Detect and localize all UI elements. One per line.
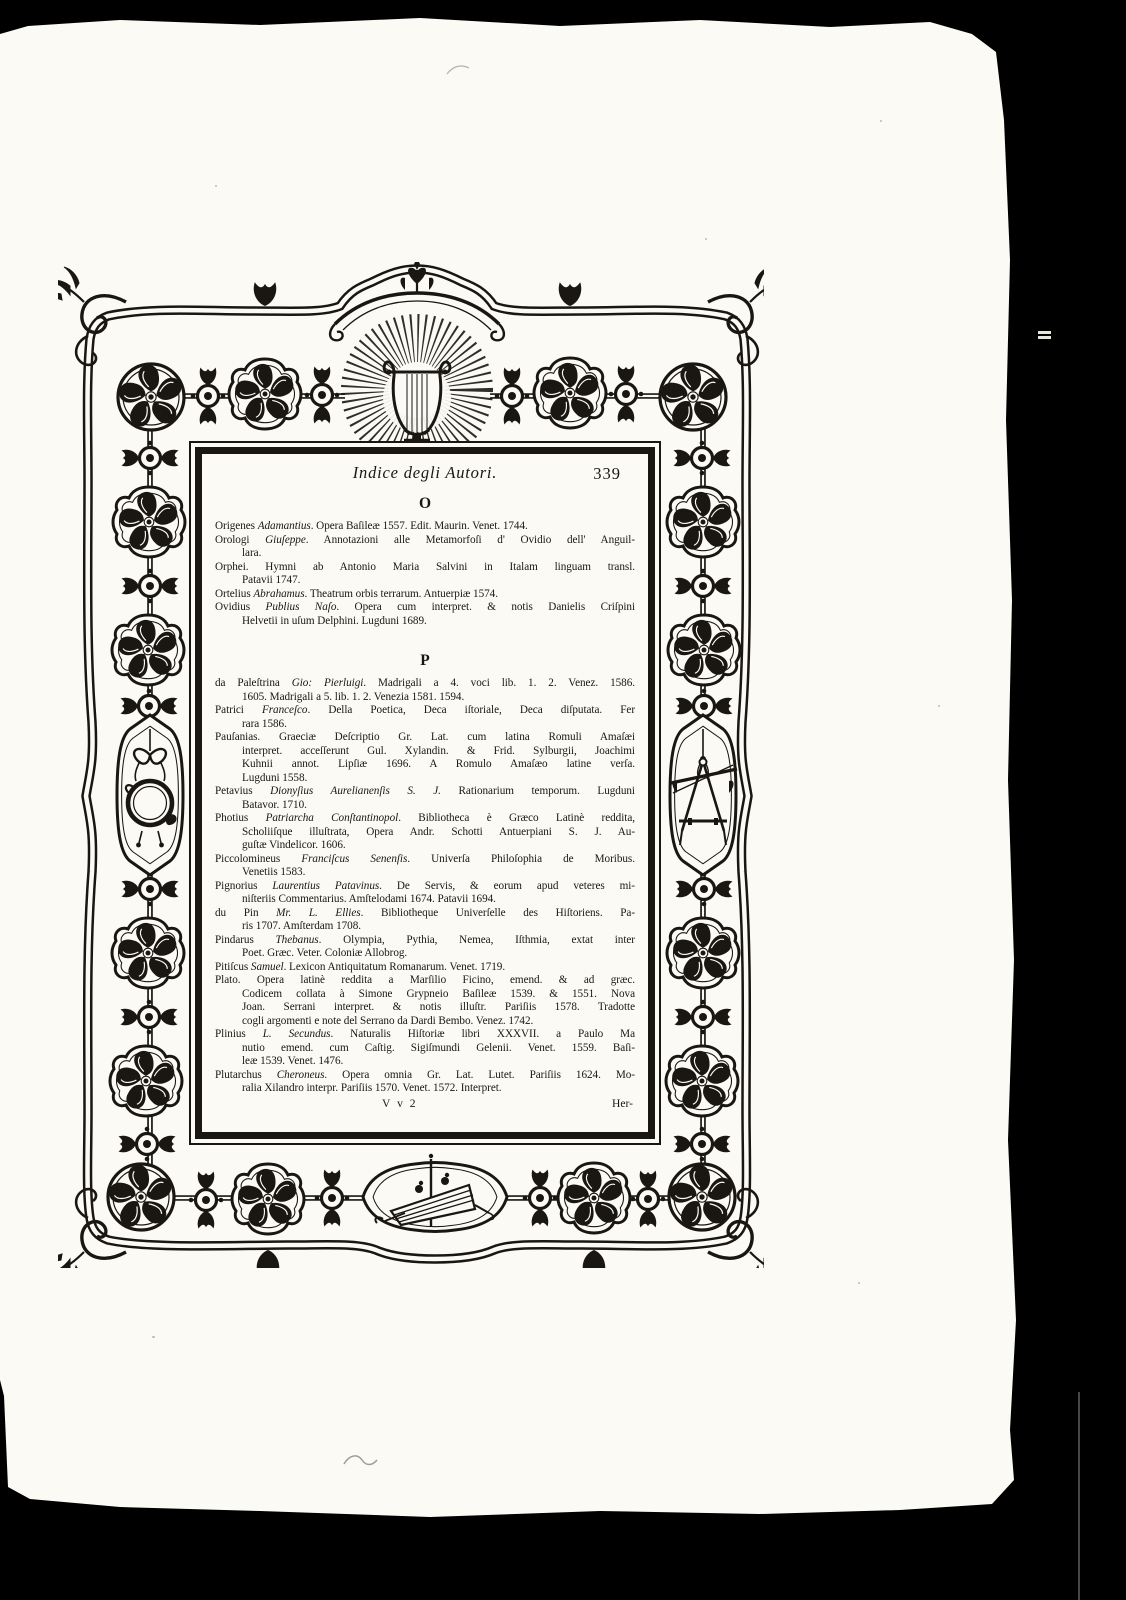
entry-line: Orologi Giuſeppe. Annotazioni alle Metam… (215, 534, 635, 548)
index-entry: du Pin Mr. L. Ellies. Bibliotheque Unive… (215, 907, 635, 934)
entry-line: Patavii 1747. (215, 574, 635, 588)
compass-trophy-icon (670, 715, 737, 875)
paper-speck (215, 185, 217, 187)
index-entry: Plato. Opera latinè reddita a Marſilio F… (215, 974, 635, 1028)
index-entry: Petavius Dionyſius Aurelianenſis S. J. R… (215, 785, 635, 812)
scan-edge-mark (1038, 331, 1051, 334)
entry-line: Photius Patriarcha Conſtantinopol. Bibli… (215, 812, 635, 826)
entry-line: Plutarchus Cheroneus. Opera omnia Gr. La… (215, 1069, 635, 1083)
entry-line: cogli argomenti e note del Serrano da Da… (215, 1015, 635, 1029)
entry-line: nutio emend. cum Caſtig. Sigiſmundi Gele… (215, 1042, 635, 1056)
entry-line: interpret. acceſſerunt Gul. Xylandin. & … (215, 745, 635, 759)
entry-line: Ovidius Publius Naſo. Opera cum interpre… (215, 601, 635, 615)
index-sections: OOrigenes Adamantius. Opera Baſileæ 1557… (215, 495, 635, 1096)
index-entry: Pitiſcus Samuel. Lexicon Antiquitatum Ro… (215, 961, 635, 975)
running-title: Indice degli Autori. (353, 463, 497, 483)
index-entry: Ovidius Publius Naſo. Opera cum interpre… (215, 601, 635, 628)
paper-speck (705, 238, 707, 240)
entry-line: niſteriis Commentarius. Amſtelodami 1674… (215, 893, 635, 907)
section-letter-P: P (215, 652, 635, 670)
entry-line: Kuhnii annot. Lipſiæ 1696. A Romulo Amaſ… (215, 758, 635, 772)
page-footer: V v 2 Her- (215, 1097, 635, 1113)
entry-line: Patrici Franceſco. Della Poetica, Deca i… (215, 704, 635, 718)
entry-line: Orphei. Hymni ab Antonio Maria Salvini i… (215, 561, 635, 575)
entry-line: Ortelius Abrahamus. Theatrum orbis terra… (215, 588, 635, 602)
hunting-horn-trophy-icon (117, 715, 183, 875)
signature-mark: V v 2 (382, 1097, 418, 1110)
index-entry: Patrici Franceſco. Della Poetica, Deca i… (215, 704, 635, 731)
entry-line: 1605. Madrigali a 5. lib. 1. 2. Venezia … (215, 691, 635, 705)
entry-line: Piccolomineus Franciſcus Senenſis. Unive… (215, 853, 635, 867)
entry-line: Pauſanias. Graeciæ Deſcriptio Gr. Lat. c… (215, 731, 635, 745)
entry-line: Codicem collata à Simone Grypneio Baſile… (215, 988, 635, 1002)
index-entry: Orphei. Hymni ab Antonio Maria Salvini i… (215, 561, 635, 588)
galley-ship-icon (363, 1154, 507, 1232)
entry-line: Scholiiſque illuſtrata, Opera Andr. Scho… (215, 826, 635, 840)
entry-line: Helvetii in uſum Delphini. Lugduni 1689. (215, 615, 635, 629)
entry-line: Plato. Opera latinè reddita a Marſilio F… (215, 974, 635, 988)
index-entry: Pignorius Laurentius Patavinus. De Servi… (215, 880, 635, 907)
paper-speck (858, 1282, 860, 1284)
entry-line: Pignorius Laurentius Patavinus. De Servi… (215, 880, 635, 894)
index-entry: da Paleſtrina Gio: Pierluigi. Madrigali … (215, 677, 635, 704)
entry-line: Origenes Adamantius. Opera Baſileæ 1557.… (215, 520, 635, 534)
entry-line: leæ 1539. Venet. 1476. (215, 1055, 635, 1069)
scanned-book-page: { "header": { "title": "Indice degli Aut… (0, 0, 1126, 1600)
index-entry: Piccolomineus Franciſcus Senenſis. Unive… (215, 853, 635, 880)
index-entry: Origenes Adamantius. Opera Baſileæ 1557.… (215, 520, 635, 534)
text-panel: Indice degli Autori. 339 OOrigenes Adama… (189, 441, 661, 1145)
entry-line: lara. (215, 547, 635, 561)
index-entry: Ortelius Abrahamus. Theatrum orbis terra… (215, 588, 635, 602)
page-header: Indice degli Autori. 339 (215, 463, 635, 486)
entry-line: ralia Xilandro interpr. Pariſiis 1570. V… (215, 1082, 635, 1096)
entry-line: Joan. Serrani interpret. & notis illuſtr… (215, 1001, 635, 1015)
entry-line: Plinius L. Secundus. Naturalis Hiſtoriæ … (215, 1028, 635, 1042)
entry-line: Venetiis 1583. (215, 866, 635, 880)
text-panel-border: Indice degli Autori. 339 OOrigenes Adama… (195, 447, 655, 1139)
rosette-medallion-icon (117, 364, 184, 430)
pencil-squiggle (340, 1450, 384, 1474)
paper-speck (938, 705, 940, 707)
entry-line: Pitiſcus Samuel. Lexicon Antiquitatum Ro… (215, 961, 635, 975)
entry-line: du Pin Mr. L. Ellies. Bibliotheque Unive… (215, 907, 635, 921)
section-letter-O: O (215, 495, 635, 513)
entry-line: Batavor. 1710. (215, 799, 635, 813)
entry-line: Petavius Dionyſius Aurelianenſis S. J. R… (215, 785, 635, 799)
entry-line: da Paleſtrina Gio: Pierluigi. Madrigali … (215, 677, 635, 691)
entry-line: Poet. Græc. Veter. Coloniæ Allobrog. (215, 947, 635, 961)
paper-speck (880, 120, 882, 122)
scan-edge-mark (1038, 336, 1051, 339)
paper-speck (152, 1336, 155, 1338)
scan-artifact-line (1078, 1392, 1080, 1600)
index-entry: Plinius L. Secundus. Naturalis Hiſtoriæ … (215, 1028, 635, 1069)
index-entry: Photius Patriarcha Conſtantinopol. Bibli… (215, 812, 635, 853)
entry-line: guſtæ Vindelicor. 1606. (215, 839, 635, 853)
entry-line: Lugduni 1558. (215, 772, 635, 786)
index-entry: Pauſanias. Graeciæ Deſcriptio Gr. Lat. c… (215, 731, 635, 785)
entry-line: Pindarus Thebanus. Olympia, Pythia, Neme… (215, 934, 635, 948)
index-entry: Pindarus Thebanus. Olympia, Pythia, Neme… (215, 934, 635, 961)
index-entry: Plutarchus Cheroneus. Opera omnia Gr. La… (215, 1069, 635, 1096)
catchword: Her- (612, 1097, 633, 1110)
entry-line: ris 1707. Amſterdam 1708. (215, 920, 635, 934)
page-number: 339 (593, 464, 621, 484)
quatrefoil-rosette-icon (229, 359, 301, 429)
index-entry: Orologi Giuſeppe. Annotazioni alle Metam… (215, 534, 635, 561)
entry-line: rara 1586. (215, 718, 635, 732)
paper-scratch (445, 62, 473, 80)
book-page: Indice degli Autori. 339 OOrigenes Adama… (0, 0, 1035, 1522)
